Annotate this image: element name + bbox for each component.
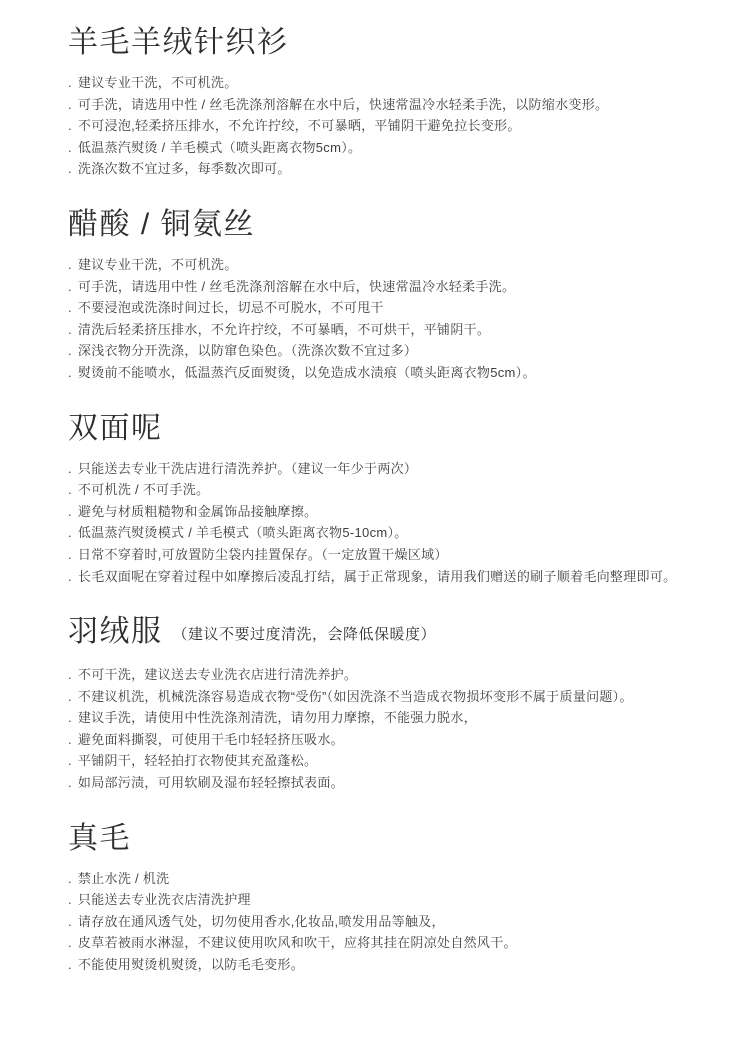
care-instruction-text: 不可浸泡,轻柔挤压排水，不允许拧绞，不可暴晒，平铺阴干避免拉长变形。 [78,118,521,133]
care-instruction-text: 只能送去专业干洗店进行清洗养护。（建议一年少于两次） [78,461,417,476]
care-instruction-text: 低温蒸汽熨烫模式 / 羊毛模式（喷头距离衣物5-10cm）。 [78,525,408,540]
care-instruction-list: .只能送去专业干洗店进行清洗养护。（建议一年少于两次）.不可机洗 / 不可手洗。… [68,458,700,588]
section-subtitle-text: （建议不要过度清洗，会降低保暖度） [173,626,437,643]
care-instruction-item: .日常不穿着时,可放置防尘袋内挂置保存。（一定放置干燥区域） [68,544,700,566]
section-title-text: 醋酸 / 铜氨丝 [68,208,255,241]
care-section: 羽绒服（建议不要过度清洗，会降低保暖度）.不可干洗，建议送去专业洗衣店进行清洗养… [68,615,700,794]
bullet-dot: . [68,115,72,137]
care-instruction-item: .低温蒸汽熨烫模式 / 羊毛模式（喷头距离衣物5-10cm）。 [68,522,700,544]
care-instruction-item: .熨烫前不能喷水，低温蒸汽反面熨烫，以免造成水渍痕（喷头距离衣物5cm）。 [68,362,700,384]
care-instruction-text: 日常不穿着时,可放置防尘袋内挂置保存。（一定放置干燥区域） [78,547,448,562]
bullet-dot: . [68,340,72,362]
care-instruction-text: 避免面料撕裂，可使用干毛巾轻轻挤压吸水。 [78,732,344,747]
care-instruction-list: .禁止水洗 / 机洗.只能送去专业洗衣店清洗护理.请存放在通风透气处，切勿使用香… [68,868,700,976]
bullet-dot: . [68,750,72,772]
bullet-dot: . [68,566,72,588]
bullet-dot: . [68,729,72,751]
care-instruction-list: .建议专业干洗，不可机洗。.可手洗，请选用中性 / 丝毛洗涤剂溶解在水中后，快速… [68,72,700,180]
care-instruction-text: 不建议机洗，机械洗涤容易造成衣物“受伤”（如因洗涤不当造成衣物损坏变形不属于质量… [78,689,633,704]
care-instruction-item: .建议专业干洗，不可机洗。 [68,254,700,276]
care-instruction-text: 不可机洗 / 不可手洗。 [78,482,209,497]
care-instruction-item: .长毛双面呢在穿着过程中如摩擦后凌乱打结，属于正常现象，请用我们赠送的刷子顺着毛… [68,566,700,588]
care-section: 醋酸 / 铜氨丝.建议专业干洗，不可机洗。.可手洗，请选用中性 / 丝毛洗涤剂溶… [68,208,700,384]
care-instruction-text: 不能使用熨烫机熨烫，以防毛毛变形。 [78,957,304,972]
section-title-text: 真毛 [68,822,131,855]
care-instruction-item: .只能送去专业洗衣店清洗护理 [68,889,700,911]
care-instruction-item: .不能使用熨烫机熨烫，以防毛毛变形。 [68,954,700,976]
care-instruction-text: 不可干洗，建议送去专业洗衣店进行清洗养护。 [78,667,357,682]
bullet-dot: . [68,94,72,116]
care-instruction-text: 平铺阴干，轻轻拍打衣物使其充盈蓬松。 [78,753,317,768]
care-instruction-item: .低温蒸汽熨烫 / 羊毛模式（喷头距离衣物5cm）。 [68,137,700,159]
care-instruction-text: 建议专业干洗，不可机洗。 [78,257,238,272]
care-instruction-text: 可手洗，请选用中性 / 丝毛洗涤剂溶解在水中后，快速常温冷水轻柔手洗。 [78,279,515,294]
care-instruction-list: .建议专业干洗，不可机洗。.可手洗，请选用中性 / 丝毛洗涤剂溶解在水中后，快速… [68,254,700,384]
care-instruction-text: 只能送去专业洗衣店清洗护理 [78,892,251,907]
care-instruction-item: .只能送去专业干洗店进行清洗养护。（建议一年少于两次） [68,458,700,480]
bullet-dot: . [68,458,72,480]
bullet-dot: . [68,362,72,384]
section-title-text: 双面呢 [68,412,163,445]
care-instruction-item: .避免面料撕裂，可使用干毛巾轻轻挤压吸水。 [68,729,700,751]
care-instruction-text: 低温蒸汽熨烫 / 羊毛模式（喷头距离衣物5cm）。 [78,140,361,155]
care-instruction-text: 熨烫前不能喷水，低温蒸汽反面熨烫，以免造成水渍痕（喷头距离衣物5cm）。 [78,365,536,380]
care-instruction-item: .如局部污渍，可用软刷及湿布轻轻擦拭表面。 [68,772,700,794]
section-title: 羽绒服（建议不要过度清洗，会降低保暖度） [68,615,700,652]
bullet-dot: . [68,297,72,319]
care-instruction-item: .请存放在通风透气处，切勿使用香水,化妆品,喷发用品等触及， [68,911,700,933]
section-title: 真毛 [68,822,700,856]
bullet-dot: . [68,932,72,954]
section-title: 羊毛羊绒针织衫 [68,26,700,60]
care-instruction-item: .可手洗，请选用中性 / 丝毛洗涤剂溶解在水中后，快速常温冷水轻柔手洗，以防缩水… [68,94,700,116]
care-instruction-text: 皮草若被雨水淋湿，不建议使用吹风和吹干，应将其挂在阴凉处自然风干。 [78,935,517,950]
garment-care-instructions-page: 羊毛羊绒针织衫.建议专业干洗，不可机洗。.可手洗，请选用中性 / 丝毛洗涤剂溶解… [0,0,750,1044]
bullet-dot: . [68,664,72,686]
care-section: 双面呢.只能送去专业干洗店进行清洗养护。（建议一年少于两次）.不可机洗 / 不可… [68,412,700,588]
bullet-dot: . [68,707,72,729]
bullet-dot: . [68,544,72,566]
care-instruction-list: .不可干洗，建议送去专业洗衣店进行清洗养护。.不建议机洗，机械洗涤容易造成衣物“… [68,664,700,794]
bullet-dot: . [68,772,72,794]
bullet-dot: . [68,954,72,976]
care-instruction-item: .平铺阴干，轻轻拍打衣物使其充盈蓬松。 [68,750,700,772]
care-instruction-text: 请存放在通风透气处，切勿使用香水,化妆品,喷发用品等触及， [78,914,445,929]
care-instruction-text: 可手洗，请选用中性 / 丝毛洗涤剂溶解在水中后，快速常温冷水轻柔手洗，以防缩水变… [78,97,608,112]
care-instruction-text: 建议手洗，请使用中性洗涤剂清洗，请勿用力摩擦，不能强力脱水， [78,710,477,725]
care-instruction-text: 如局部污渍，可用软刷及湿布轻轻擦拭表面。 [78,775,344,790]
care-instruction-item: .可手洗，请选用中性 / 丝毛洗涤剂溶解在水中后，快速常温冷水轻柔手洗。 [68,276,700,298]
section-title-text: 羊毛羊绒针织衫 [68,26,289,59]
care-instruction-text: 避免与材质粗糙物和金属饰品接触摩擦。 [78,504,317,519]
bullet-dot: . [68,686,72,708]
care-instruction-item: .禁止水洗 / 机洗 [68,868,700,890]
care-instruction-item: .洗涤次数不宜过多，每季数次即可。 [68,158,700,180]
bullet-dot: . [68,889,72,911]
care-instruction-text: 深浅衣物分开洗涤，以防窜色染色。（洗涤次数不宜过多） [78,343,417,358]
bullet-dot: . [68,319,72,341]
bullet-dot: . [68,276,72,298]
bullet-dot: . [68,501,72,523]
care-instruction-item: .不可机洗 / 不可手洗。 [68,479,700,501]
care-instruction-text: 长毛双面呢在穿着过程中如摩擦后凌乱打结，属于正常现象，请用我们赠送的刷子顺着毛向… [78,569,677,584]
care-section: 羊毛羊绒针织衫.建议专业干洗，不可机洗。.可手洗，请选用中性 / 丝毛洗涤剂溶解… [68,26,700,180]
care-instruction-item: .避免与材质粗糙物和金属饰品接触摩擦。 [68,501,700,523]
care-instruction-item: .不要浸泡或洗涤时间过长，切忌不可脱水，不可甩干 [68,297,700,319]
section-title-text: 羽绒服 [68,615,163,648]
care-instruction-item: .深浅衣物分开洗涤，以防窜色染色。（洗涤次数不宜过多） [68,340,700,362]
care-instruction-text: 禁止水洗 / 机洗 [78,871,170,886]
care-instruction-item: .建议手洗，请使用中性洗涤剂清洗，请勿用力摩擦，不能强力脱水， [68,707,700,729]
care-section: 真毛.禁止水洗 / 机洗.只能送去专业洗衣店清洗护理.请存放在通风透气处，切勿使… [68,822,700,976]
bullet-dot: . [68,522,72,544]
section-title: 双面呢 [68,412,700,446]
bullet-dot: . [68,911,72,933]
care-instruction-item: .不建议机洗，机械洗涤容易造成衣物“受伤”（如因洗涤不当造成衣物损坏变形不属于质… [68,686,700,708]
care-instruction-item: .建议专业干洗，不可机洗。 [68,72,700,94]
bullet-dot: . [68,158,72,180]
care-instruction-item: .不可干洗，建议送去专业洗衣店进行清洗养护。 [68,664,700,686]
care-instruction-text: 洗涤次数不宜过多，每季数次即可。 [78,161,291,176]
care-instruction-text: 清洗后轻柔挤压排水，不允许拧绞，不可暴晒，不可烘干，平铺阴干。 [78,322,490,337]
care-instruction-item: .皮草若被雨水淋湿，不建议使用吹风和吹干，应将其挂在阴凉处自然风干。 [68,932,700,954]
bullet-dot: . [68,868,72,890]
bullet-dot: . [68,137,72,159]
section-title: 醋酸 / 铜氨丝 [68,208,700,242]
care-instruction-item: .不可浸泡,轻柔挤压排水，不允许拧绞，不可暴晒，平铺阴干避免拉长变形。 [68,115,700,137]
bullet-dot: . [68,254,72,276]
bullet-dot: . [68,72,72,94]
bullet-dot: . [68,479,72,501]
care-instruction-item: .清洗后轻柔挤压排水，不允许拧绞，不可暴晒，不可烘干，平铺阴干。 [68,319,700,341]
care-instruction-text: 建议专业干洗，不可机洗。 [78,75,238,90]
care-instruction-text: 不要浸泡或洗涤时间过长，切忌不可脱水，不可甩干 [78,300,384,315]
